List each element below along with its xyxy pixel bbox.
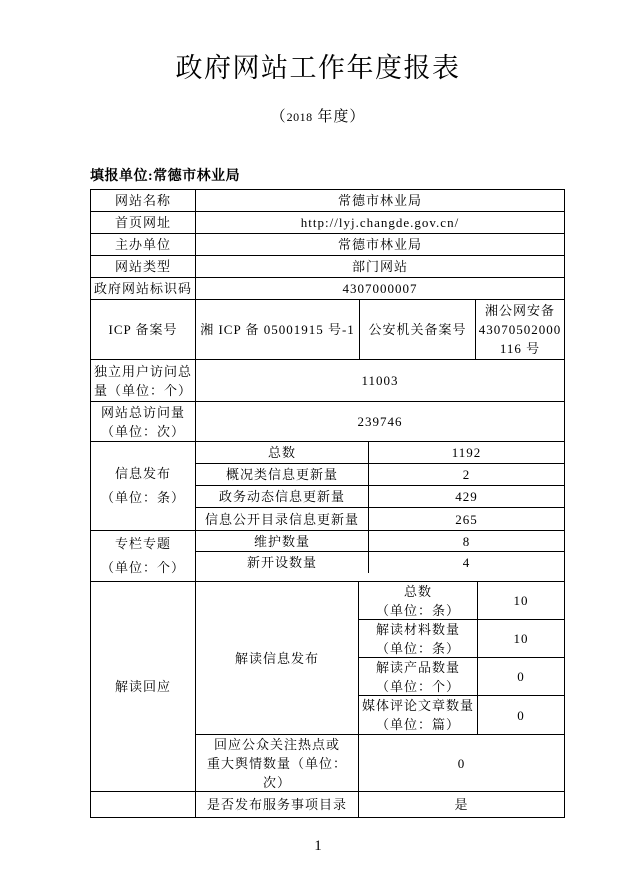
interpret-product-label-line: （单位：个） [376, 677, 460, 696]
interpret-publish-subgroup: 解读信息发布 总数 （单位：条） 10 解读材料数量 [196, 582, 564, 735]
column-topic-label-line: （单位：个） [101, 556, 185, 580]
table-row: 总数 （单位：条） 10 [359, 582, 564, 620]
unique-visitors-label-line: 量（单位：个） [94, 381, 192, 400]
interpret-material-label-line: 解读材料数量 [376, 620, 460, 639]
respond-hotspot-label-line: 重大舆情数量（单位： [207, 754, 347, 773]
table-row: 政务动态信息更新量 429 [196, 486, 564, 508]
annual-report-table: 网站名称 常德市林业局 首页网址 http://lyj.changde.gov.… [90, 189, 565, 818]
column-topic-rows: 维护数量 8 新开设数量 4 [196, 531, 564, 581]
report-title: 政府网站工作年度报表 [0, 50, 636, 86]
interpret-total-label-line: （单位：条） [376, 601, 460, 620]
info-total-value: 1192 [369, 442, 564, 463]
table-row: 首页网址 http://lyj.changde.gov.cn/ [91, 212, 564, 234]
interpret-total-label: 总数 （单位：条） [359, 582, 478, 619]
interpret-total-label-line: 总数 [404, 582, 432, 601]
subtitle-open-paren: （ [271, 109, 287, 125]
site-id-code-value: 4307000007 [196, 278, 564, 299]
table-row: 维护数量 8 [196, 531, 564, 552]
website-name-label: 网站名称 [91, 190, 196, 211]
interpret-respond-group: 解读回应 解读信息发布 总数 （单位：条） 10 [91, 582, 564, 792]
table-row: 解读产品数量 （单位：个） 0 [359, 658, 564, 696]
empty-cell [91, 792, 196, 817]
media-comment-label-line: （单位：篇） [376, 715, 460, 734]
table-row: 总数 1192 [196, 442, 564, 464]
sponsor-unit-label: 主办单位 [91, 234, 196, 255]
interpret-respond-label: 解读回应 [91, 582, 196, 791]
interpret-material-label-line: （单位：条） [376, 639, 460, 658]
subtitle-close-paren: 年度） [313, 109, 366, 125]
security-record-line: 湘公网安备 [485, 301, 555, 320]
total-visits-row: 网站总访问量 （单位：次） 239746 [91, 402, 564, 442]
total-visits-label-line: 网站总访问量 [101, 403, 185, 422]
service-directory-label: 是否发布服务事项目录 [196, 792, 359, 817]
report-year-subtitle: （2018 年度） [0, 107, 636, 127]
interpret-material-value: 10 [478, 620, 564, 657]
homepage-url-label: 首页网址 [91, 212, 196, 233]
overview-update-value: 2 [369, 464, 564, 485]
respond-hotspot-label: 回应公众关注热点或 重大舆情数量（单位： 次） [196, 735, 359, 791]
website-type-value: 部门网站 [196, 256, 564, 277]
unique-visitors-label-line: 独立用户访问总 [94, 362, 192, 381]
website-name-value: 常德市林业局 [196, 190, 564, 211]
table-row: 解读材料数量 （单位：条） 10 [359, 620, 564, 658]
info-publish-label-line: 信息发布 [115, 462, 171, 486]
media-comment-label-line: 媒体评论文章数量 [362, 696, 474, 715]
icp-label: ICP 备案号 [91, 300, 196, 359]
table-row: 网站类型 部门网站 [91, 256, 564, 278]
unique-visitors-value: 11003 [196, 360, 564, 401]
interpret-publish-rows: 总数 （单位：条） 10 解读材料数量 （单位：条） 10 [359, 582, 564, 734]
unique-visitors-row: 独立用户访问总 量（单位：个） 11003 [91, 360, 564, 402]
gov-news-update-label: 政务动态信息更新量 [196, 486, 369, 507]
info-publish-label: 信息发布 （单位：条） [91, 442, 196, 530]
page-number: 1 [0, 836, 636, 856]
maintained-count-label: 维护数量 [196, 531, 369, 551]
website-type-label: 网站类型 [91, 256, 196, 277]
report-page: 政府网站工作年度报表 （2018 年度） 填报单位:常德市林业局 网站名称 常德… [0, 0, 636, 879]
respond-hotspot-label-line: 次） [263, 773, 291, 792]
open-directory-update-value: 265 [369, 508, 564, 530]
sponsor-unit-value: 常德市林业局 [196, 234, 564, 255]
overview-update-label: 概况类信息更新量 [196, 464, 369, 485]
column-topic-group: 专栏专题 （单位：个） 维护数量 8 新开设数量 4 [91, 531, 564, 582]
interpret-publish-label: 解读信息发布 [196, 582, 359, 734]
unique-visitors-label: 独立用户访问总 量（单位：个） [91, 360, 196, 401]
respond-hotspot-label-line: 回应公众关注热点或 [214, 735, 340, 754]
table-row: 新开设数量 4 [196, 552, 564, 573]
gov-news-update-value: 429 [369, 486, 564, 507]
info-total-label: 总数 [196, 442, 369, 463]
column-topic-label: 专栏专题 （单位：个） [91, 531, 196, 581]
interpret-product-label: 解读产品数量 （单位：个） [359, 658, 478, 695]
new-count-label: 新开设数量 [196, 552, 369, 573]
security-record-value: 湘公网安备 43070502000 116 号 [476, 300, 564, 359]
media-comment-value: 0 [478, 696, 564, 734]
icp-row: ICP 备案号 湘 ICP 备 05001915 号-1 公安机关备案号 湘公网… [91, 300, 564, 360]
total-visits-label: 网站总访问量 （单位：次） [91, 402, 196, 441]
homepage-url-value: http://lyj.changde.gov.cn/ [196, 212, 564, 233]
security-record-label: 公安机关备案号 [360, 300, 476, 359]
info-publish-rows: 总数 1192 概况类信息更新量 2 政务动态信息更新量 429 信息公开目录信… [196, 442, 564, 530]
security-record-line: 43070502000 [479, 320, 562, 339]
total-visits-value: 239746 [196, 402, 564, 441]
icp-value: 湘 ICP 备 05001915 号-1 [196, 300, 360, 359]
interpret-product-label-line: 解读产品数量 [376, 658, 460, 677]
column-topic-label-line: 专栏专题 [115, 532, 171, 556]
table-row: 概况类信息更新量 2 [196, 464, 564, 486]
interpret-total-value: 10 [478, 582, 564, 619]
reporting-unit: 填报单位:常德市林业局 [90, 167, 636, 187]
info-publish-group: 信息发布 （单位：条） 总数 1192 概况类信息更新量 2 政务动态信息更新量… [91, 442, 564, 531]
report-year: 2018 [287, 110, 313, 124]
total-visits-label-line: （单位：次） [101, 422, 185, 441]
service-directory-value: 是 [359, 792, 564, 817]
maintained-count-value: 8 [369, 531, 564, 551]
service-directory-row: 是否发布服务事项目录 是 [91, 792, 564, 817]
media-comment-label: 媒体评论文章数量 （单位：篇） [359, 696, 478, 734]
new-count-value: 4 [369, 552, 564, 573]
table-row: 政府网站标识码 4307000007 [91, 278, 564, 300]
site-id-code-label: 政府网站标识码 [91, 278, 196, 299]
respond-hotspot-row: 回应公众关注热点或 重大舆情数量（单位： 次） 0 [196, 735, 564, 791]
interpret-respond-rows: 解读信息发布 总数 （单位：条） 10 解读材料数量 [196, 582, 564, 791]
security-record-line: 116 号 [500, 339, 540, 358]
respond-hotspot-value: 0 [359, 735, 564, 791]
table-row: 主办单位 常德市林业局 [91, 234, 564, 256]
table-row: 媒体评论文章数量 （单位：篇） 0 [359, 696, 564, 734]
open-directory-update-label: 信息公开目录信息更新量 [196, 508, 369, 530]
interpret-product-value: 0 [478, 658, 564, 695]
table-row: 网站名称 常德市林业局 [91, 190, 564, 212]
table-row: 信息公开目录信息更新量 265 [196, 508, 564, 530]
info-publish-label-line: （单位：条） [101, 486, 185, 510]
interpret-material-label: 解读材料数量 （单位：条） [359, 620, 478, 657]
